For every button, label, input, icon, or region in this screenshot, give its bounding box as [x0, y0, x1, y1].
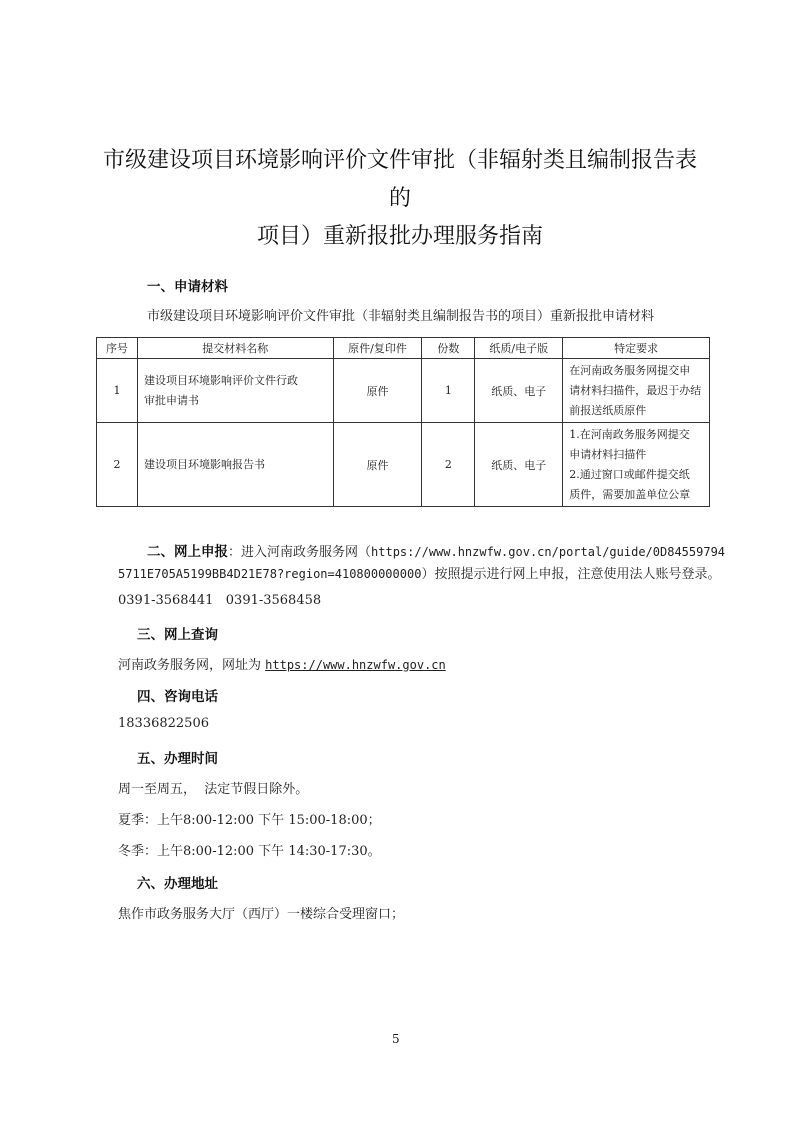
phone-numbers: 0391-3568441 0391-3568458 [118, 593, 321, 608]
req-line: 前报送纸质原件 [569, 401, 703, 421]
cell-requirements: 在河南政务服务网提交申 请材料扫描件，最迟于办结 前报送纸质原件 [563, 359, 710, 423]
cell-name-line: 审批申请书 [144, 391, 327, 411]
apply-url-part-2[interactable]: 5711E705A5199BB4D21E78?region=4108000000… [118, 567, 421, 581]
section-5-heading: 五、办理时间 [137, 747, 218, 767]
online-apply-intro: ：进入河南政务服务网（ [228, 545, 371, 560]
title-line-1: 市级建设项目环境影响评价文件审批（非辐射类且编制报告表的 [100, 142, 700, 218]
cell-format: 纸质、电子 [475, 423, 563, 507]
winter-hours: 冬季：上午8:00-12:00 下午 14:30-17:30。 [118, 840, 381, 859]
document-title: 市级建设项目环境影响评价文件审批（非辐射类且编制报告表的 项目）重新报批办理服务… [100, 142, 700, 256]
online-apply-line-1: 二、网上申报：进入河南政务服务网（https://www.hnzwfw.gov.… [147, 540, 725, 560]
online-query-text: 河南政务服务网，网址为 https://www.hnzwfw.gov.cn [118, 654, 446, 673]
cell-count: 1 [422, 359, 475, 423]
cell-no: 2 [97, 423, 138, 507]
header-no: 序号 [97, 338, 138, 359]
online-query-label: 河南政务服务网，网址为 [118, 658, 265, 673]
header-format: 纸质/电子版 [475, 338, 563, 359]
req-line: 2.通过窗口或邮件提交纸 [569, 465, 703, 485]
title-line-2: 项目）重新报批办理服务指南 [100, 218, 700, 256]
table-row: 1 建设项目环境影响评价文件行政 审批申请书 原件 1 纸质、电子 在河南政务服… [97, 359, 710, 423]
apply-url-part-1[interactable]: https://www.hnzwfw.gov.cn/portal/guide/0… [371, 545, 725, 559]
summer-hours: 夏季：上午8:00-12:00 下午 15:00-18:00； [118, 809, 381, 828]
table-row: 2 建设项目环境影响报告书 原件 2 纸质、电子 1.在河南政务服务网提交 申请… [97, 423, 710, 507]
materials-table: 序号 提交材料名称 原件/复印件 份数 纸质/电子版 特定要求 1 建设项目环境… [96, 337, 710, 507]
req-line: 在河南政务服务网提交申 [569, 361, 703, 381]
table-caption: 市级建设项目环境影响评价文件审批（非辐射类且编制报告书的项目）重新报批申请材料 [147, 305, 654, 324]
query-url-link[interactable]: https://www.hnzwfw.gov.cn [265, 658, 446, 672]
office-days: 周一至周五， 法定节假日除外。 [118, 778, 308, 797]
req-line: 申请材料扫描件 [569, 445, 703, 465]
cell-type: 原件 [333, 423, 422, 507]
section-4-heading: 四、咨询电话 [137, 685, 218, 705]
consult-phone: 18336822506 [118, 716, 209, 731]
cell-name-line: 建设项目环境影响评价文件行政 [144, 371, 327, 391]
online-apply-line-2: 5711E705A5199BB4D21E78?region=4108000000… [118, 563, 720, 582]
cell-type: 原件 [333, 359, 422, 423]
section-2-heading: 二、网上申报 [147, 544, 228, 560]
header-requirements: 特定要求 [563, 338, 710, 359]
office-address: 焦作市政务服务大厅（西厅）一楼综合受理窗口； [118, 903, 404, 922]
section-3-heading: 三、网上查询 [137, 623, 218, 643]
online-apply-outro: ）按照提示进行网上申报，注意使用法人账号登录。 [421, 567, 720, 582]
cell-name: 建设项目环境影响评价文件行政 审批申请书 [137, 359, 333, 423]
section-1-heading: 一、申请材料 [147, 275, 228, 295]
cell-no: 1 [97, 359, 138, 423]
section-6-heading: 六、办理地址 [137, 872, 218, 892]
req-line: 请材料扫描件，最迟于办结 [569, 381, 703, 401]
table-header-row: 序号 提交材料名称 原件/复印件 份数 纸质/电子版 特定要求 [97, 338, 710, 359]
cell-format: 纸质、电子 [475, 359, 563, 423]
header-count: 份数 [422, 338, 475, 359]
req-line: 质件，需要加盖单位公章 [569, 485, 703, 505]
header-type: 原件/复印件 [333, 338, 422, 359]
header-name: 提交材料名称 [137, 338, 333, 359]
cell-count: 2 [422, 423, 475, 507]
cell-requirements: 1.在河南政务服务网提交 申请材料扫描件 2.通过窗口或邮件提交纸 质件，需要加… [563, 423, 710, 507]
req-line: 1.在河南政务服务网提交 [569, 425, 703, 445]
cell-name: 建设项目环境影响报告书 [137, 423, 333, 507]
page-number: 5 [392, 1032, 400, 1046]
